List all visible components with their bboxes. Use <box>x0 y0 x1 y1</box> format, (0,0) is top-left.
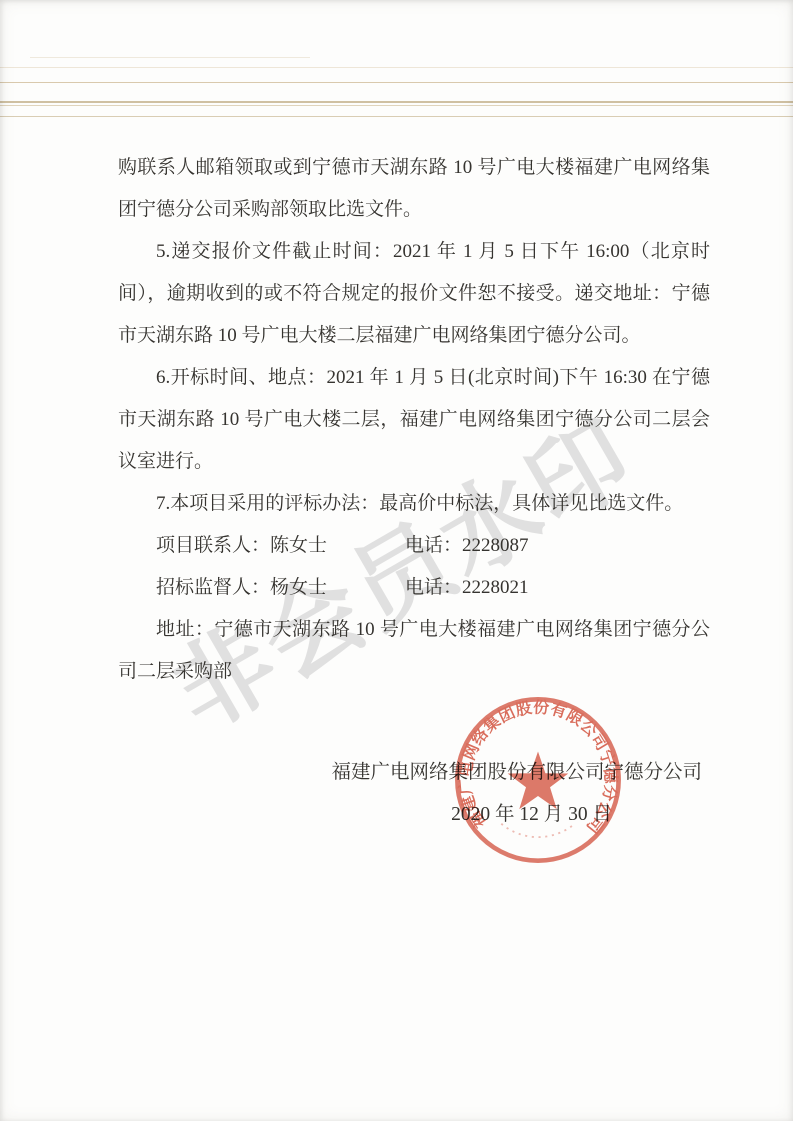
paragraph-continuation: 购联系人邮箱领取或到宁德市天湖东路 10 号广电大楼福建广电网络集团宁德分公司采… <box>118 147 710 231</box>
supervisor-contact-phone: 电话：2228021 <box>405 567 529 609</box>
project-contact-phone: 电话：2228087 <box>405 525 529 567</box>
supervisor-contact-row: 招标监督人：杨女士 电话：2228021 <box>118 567 710 609</box>
paragraph-item-7: 7.本项目采用的评标办法：最高价中标法，具体详见比选文件。 <box>118 483 710 525</box>
header-rule <box>0 67 793 68</box>
paragraph-item-6: 6.开标时间、地点：2021 年 1 月 5 日(北京时间)下午 16:30 在… <box>118 357 710 483</box>
header-rule <box>0 105 793 106</box>
header-rule <box>0 101 793 103</box>
project-contact-row: 项目联系人：陈女士 电话：2228087 <box>118 525 710 567</box>
paragraph-item-5: 5.递交报价文件截止时间：2021 年 1 月 5 日下午 16:00（北京时间… <box>118 231 710 357</box>
project-contact-label: 项目联系人：陈女士 <box>156 535 327 556</box>
header-rule <box>0 82 793 83</box>
scanned-document-page: 非会员水印 购联系人邮箱领取或到宁德市天湖东路 10 号广电大楼福建广电网络集团… <box>0 0 793 1121</box>
signature-date: 2020 年 12 月 30 日 <box>118 794 708 836</box>
address-line: 地址：宁德市天湖东路 10 号广电大楼福建广电网络集团宁德分公司二层采购部 <box>118 609 710 693</box>
signature-company: 福建广电网络集团股份有限公司宁德分公司 <box>118 752 708 794</box>
header-rule <box>0 116 793 117</box>
signature-block: 福建广电网络集团股份有限公司宁德分公司 2020 年 12 月 30 日 <box>118 752 708 836</box>
header-rule <box>30 57 310 58</box>
supervisor-contact-label: 招标监督人：杨女士 <box>156 577 327 598</box>
document-body: 购联系人邮箱领取或到宁德市天湖东路 10 号广电大楼福建广电网络集团宁德分公司采… <box>118 147 710 693</box>
